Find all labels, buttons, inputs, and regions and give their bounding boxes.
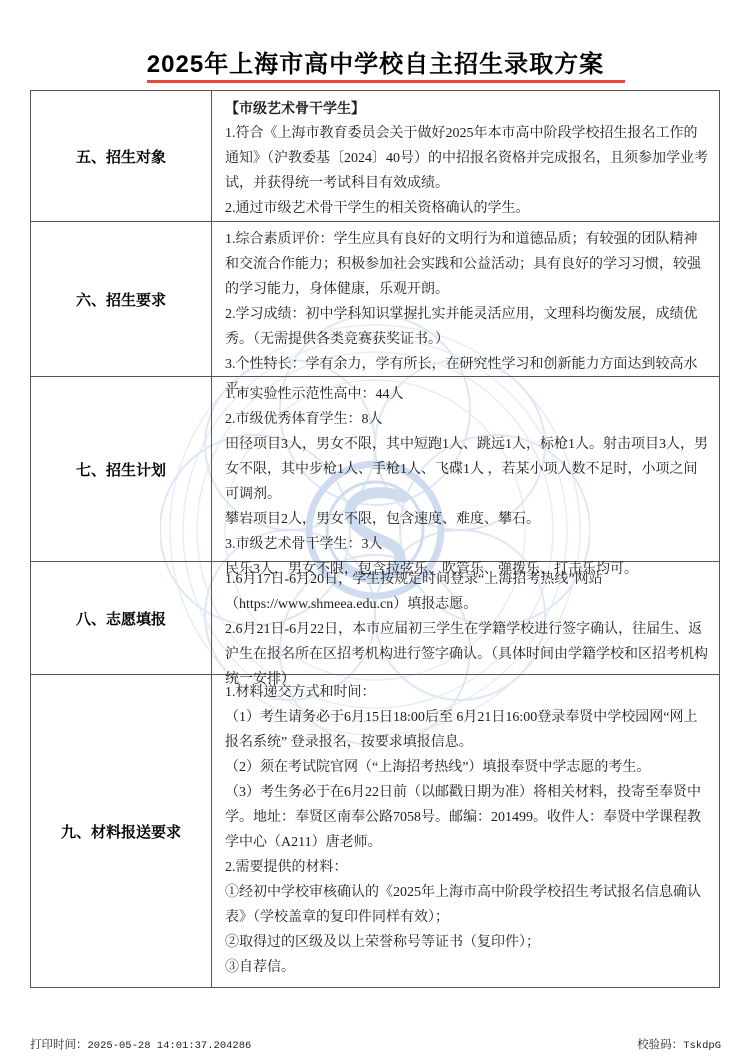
paragraph: 1.材料递交方式和时间：	[225, 680, 711, 705]
print-time-label: 打印时间：	[30, 1039, 88, 1051]
row-label: 七、招生计划	[31, 377, 212, 561]
print-time-value: 2025-05-28 14:01:37.204286	[88, 1040, 252, 1052]
paragraph: （3）考生务必于在6月22日前（以邮戳日期为准）将相关材料，投寄至奉贤中学。地址…	[225, 780, 711, 855]
row-content: 1.6月17日-6月20日，学生按规定时间登录“上海招考热线”网站（https:…	[212, 562, 719, 674]
row-label: 五、招生对象	[31, 91, 212, 221]
table-row: 六、招生要求 1.综合素质评价：学生应具有良好的文明行为和道德品质；有较强的团队…	[31, 222, 719, 377]
row-content: 1.材料递交方式和时间： （1）考生请务必于6月15日18:00后至 6月21日…	[212, 675, 719, 987]
row-content: 【市级艺术骨干学生】 1.符合《上海市教育委员会关于做好2025年本市高中阶段学…	[212, 91, 719, 221]
row-content: 1.综合素质评价：学生应具有良好的文明行为和道德品质；有较强的团队精神和交流合作…	[212, 222, 719, 376]
table-row: 九、材料报送要求 1.材料递交方式和时间： （1）考生请务必于6月15日18:0…	[31, 675, 719, 987]
checksum-label: 校验码：	[637, 1039, 683, 1051]
paragraph: ①经初中学校审核确认的《2025年上海市高中阶段学校招生考试报名信息确认表》（学…	[225, 880, 711, 930]
title-underline-divider	[147, 80, 625, 83]
paragraph: 1.市实验性示范性高中：44人	[225, 382, 711, 407]
table-row: 五、招生对象 【市级艺术骨干学生】 1.符合《上海市教育委员会关于做好2025年…	[31, 91, 719, 222]
page-footer: 打印时间：2025-05-28 14:01:37.204286 校验码：Tskd…	[30, 1036, 721, 1052]
page-title: 2025年上海市高中学校自主招生录取方案	[147, 44, 604, 79]
paragraph: 【市级艺术骨干学生】	[225, 96, 711, 121]
paragraph: 攀岩项目2人，男女不限，包含速度、难度、攀石。	[225, 507, 711, 532]
row-content: 1.市实验性示范性高中：44人 2.市级优秀体育学生：8人 田径项目3人，男女不…	[212, 377, 719, 561]
paragraph: 2.学习成绩：初中学科知识掌握扎实并能灵活应用，文理科均衡发展，成绩优秀。（无需…	[225, 302, 711, 352]
paragraph: （2）须在考试院官网（“上海招考热线”）填报奉贤中学志愿的考生。	[225, 755, 711, 780]
table-row: 七、招生计划 1.市实验性示范性高中：44人 2.市级优秀体育学生：8人 田径项…	[31, 377, 719, 562]
paragraph: 田径项目3人，男女不限，其中短跑1人、跳远1人，标枪1人。射击项目3人，男女不限…	[225, 432, 711, 507]
checksum: 校验码：TskdpG	[637, 1036, 721, 1052]
paragraph: 1.符合《上海市教育委员会关于做好2025年本市高中阶段学校招生报名工作的通知》…	[225, 121, 711, 196]
table-row: 八、志愿填报 1.6月17日-6月20日，学生按规定时间登录“上海招考热线”网站…	[31, 562, 719, 675]
checksum-value: TskdpG	[683, 1040, 721, 1052]
paragraph: 1.6月17日-6月20日，学生按规定时间登录“上海招考热线”网站（https:…	[225, 567, 711, 617]
paragraph: （1）考生请务必于6月15日18:00后至 6月21日16:00登录奉贤中学校园…	[225, 705, 711, 755]
print-time: 打印时间：2025-05-28 14:01:37.204286	[30, 1036, 251, 1052]
paragraph: 3.市级艺术骨干学生：3人	[225, 532, 711, 557]
paragraph: 2.需要提供的材料：	[225, 855, 711, 880]
row-label: 九、材料报送要求	[31, 675, 212, 987]
paragraph: 1.综合素质评价：学生应具有良好的文明行为和道德品质；有较强的团队精神和交流合作…	[225, 227, 711, 302]
paragraph: ②取得过的区级及以上荣誉称号等证书（复印件）；	[225, 930, 711, 955]
row-label: 六、招生要求	[31, 222, 212, 376]
row-label: 八、志愿填报	[31, 562, 212, 674]
paragraph: 2.市级优秀体育学生：8人	[225, 407, 711, 432]
paragraph: ③自荐信。	[225, 955, 711, 980]
paragraph: 2.通过市级艺术骨干学生的相关资格确认的学生。	[225, 196, 711, 221]
admission-plan-table: 五、招生对象 【市级艺术骨干学生】 1.符合《上海市教育委员会关于做好2025年…	[30, 90, 720, 988]
